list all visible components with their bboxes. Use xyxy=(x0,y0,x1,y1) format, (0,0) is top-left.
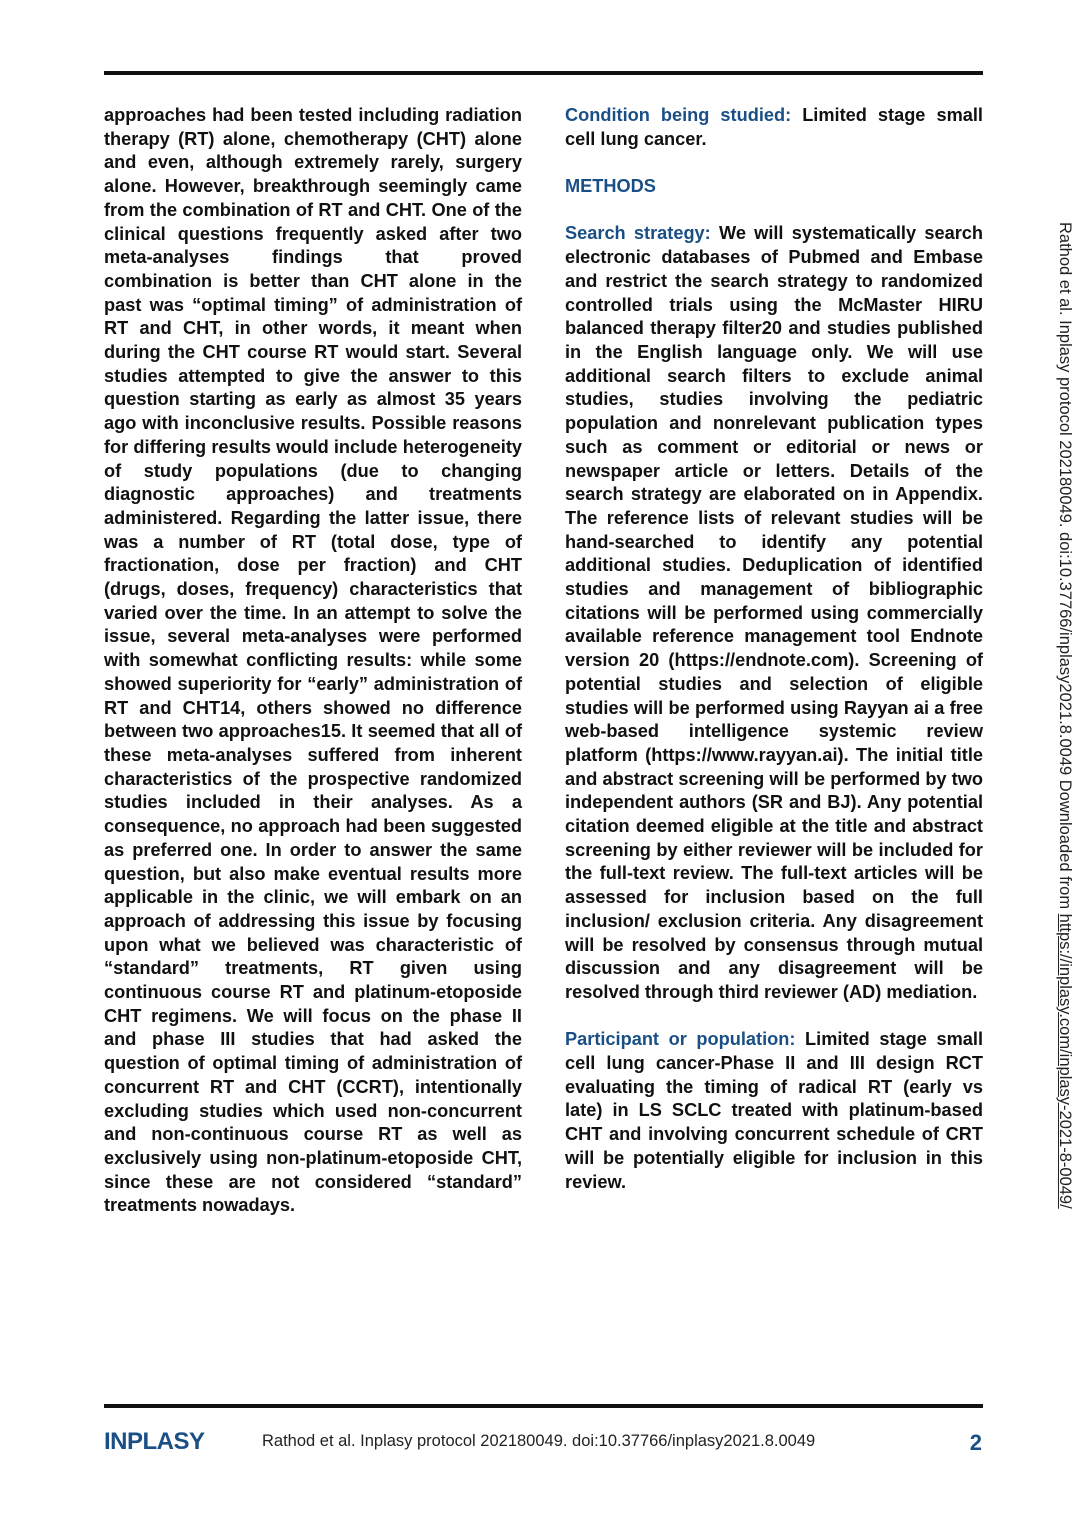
search-strategy-label: Search strategy: xyxy=(565,223,711,243)
search-strategy-section: Search strategy: We will systematically … xyxy=(565,222,983,1004)
participant-label: Participant or population: xyxy=(565,1029,795,1049)
page-number: 2 xyxy=(970,1430,982,1456)
right-column: Condition being studied: Limited stage s… xyxy=(565,104,983,1194)
search-strategy-text: We will systematically search electronic… xyxy=(565,223,983,1002)
methods-heading: METHODS xyxy=(565,175,983,199)
document-page: approaches had been tested including rad… xyxy=(0,0,1086,1536)
header-rule xyxy=(104,71,983,75)
side-citation-text: Rathod et al. Inplasy protocol 202180049… xyxy=(1056,222,1074,914)
condition-label: Condition being studied: xyxy=(565,105,791,125)
download-link[interactable]: https://inplasy.com/inplasy-2021-8-0049/ xyxy=(1056,914,1074,1209)
introduction-paragraph: approaches had been tested including rad… xyxy=(104,104,522,1218)
footer-brand-logo: INPLASY xyxy=(104,1428,205,1456)
left-column: approaches had been tested including rad… xyxy=(104,104,522,1218)
participant-section: Participant or population: Limited stage… xyxy=(565,1028,983,1194)
footer-citation: Rathod et al. Inplasy protocol 202180049… xyxy=(262,1432,815,1451)
condition-section: Condition being studied: Limited stage s… xyxy=(565,104,983,151)
participant-text: Limited stage small cell lung cancer-Pha… xyxy=(565,1029,983,1191)
footer-rule xyxy=(104,1404,983,1408)
side-citation: Rathod et al. Inplasy protocol 202180049… xyxy=(1055,222,1074,1209)
